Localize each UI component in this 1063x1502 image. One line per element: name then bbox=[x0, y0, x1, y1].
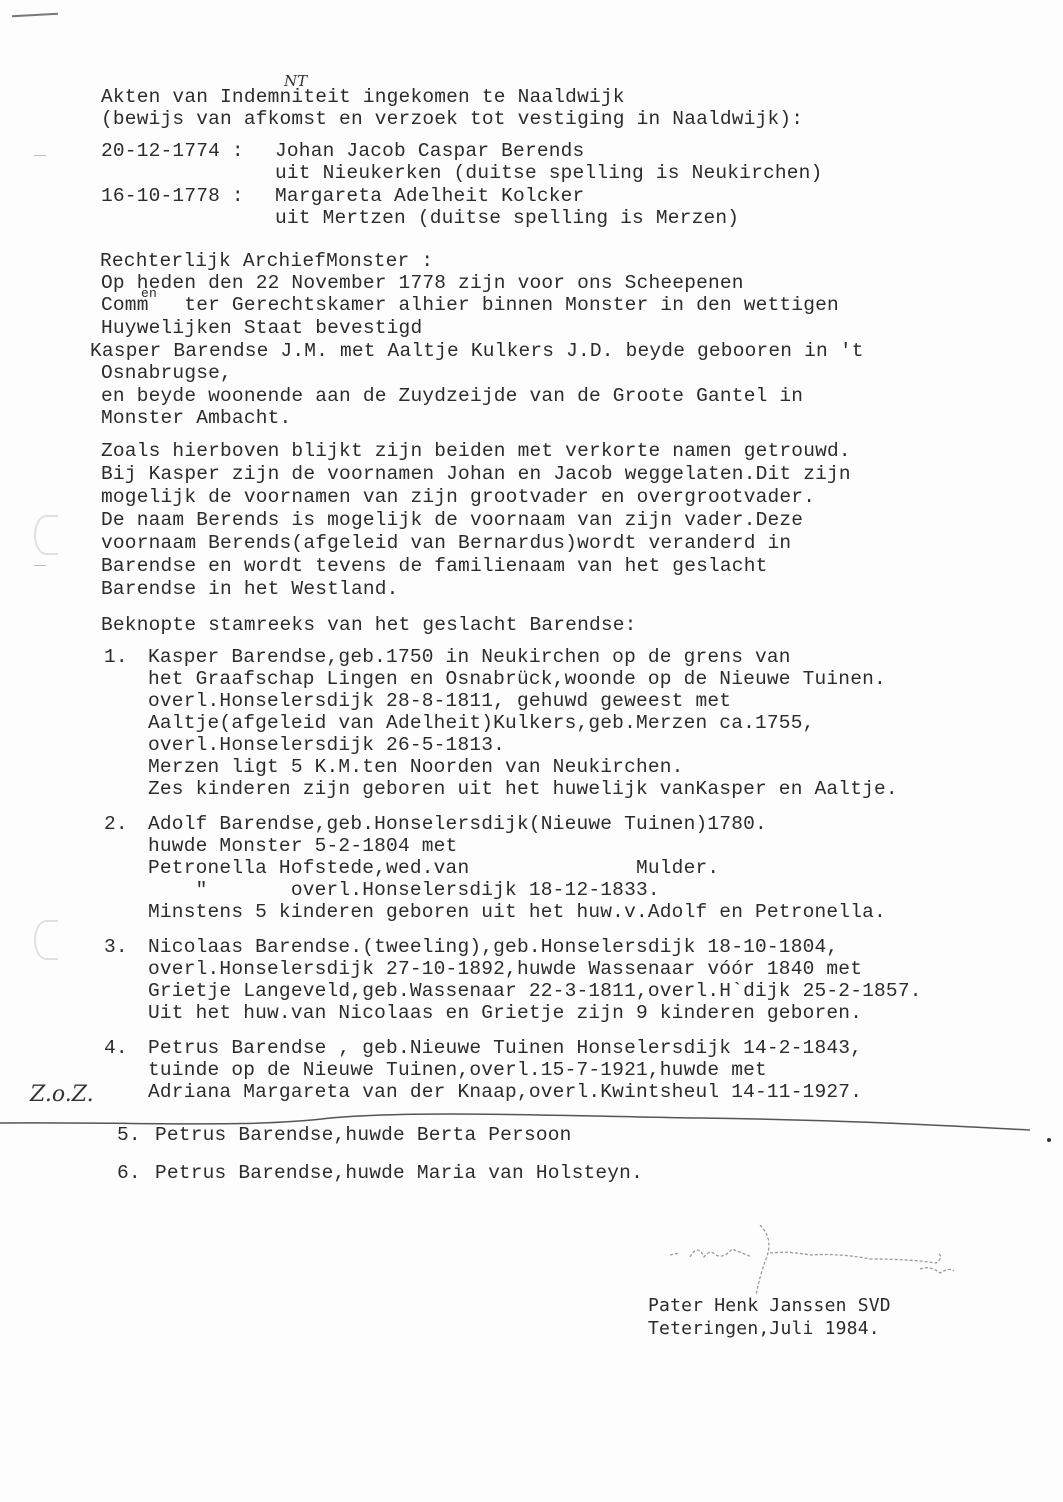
archive-line: Comm ter Gerechtskamer alhier binnen Mon… bbox=[101, 294, 839, 316]
margin-note: Z.o.Z. bbox=[30, 1082, 94, 1107]
lineage-line: overl.Honselersdijk 26-5-1813. bbox=[148, 734, 505, 756]
act-origin: uit Nieukerken (duitse spelling is Neuki… bbox=[275, 162, 823, 184]
lineage-line: Merzen ligt 5 K.M.ten Noorden van Neukir… bbox=[148, 756, 684, 778]
lineage-line: Adolf Barendse,geb.Honselersdijk(Nieuwe … bbox=[148, 813, 767, 835]
act-date: 20-12-1774 : bbox=[101, 140, 244, 162]
lineage-line: Adriana Margareta van der Knaap,overl.Kw… bbox=[148, 1081, 862, 1103]
archive-line: Huywelijken Staat bevestigd bbox=[101, 317, 422, 339]
lineage-line: Petronella Hofstede,wed.van Mulder. bbox=[148, 857, 719, 879]
archive-line: en beyde woonende aan de Zuydzeijde van … bbox=[101, 385, 803, 407]
lineage-line: " overl.Honselersdijk 18-12-1833. bbox=[148, 879, 660, 901]
speck bbox=[1047, 1138, 1051, 1142]
lineage-line: tuinde op de Nieuwe Tuinen,overl.15-7-19… bbox=[148, 1059, 767, 1081]
lineage-line: Zes kinderen zijn geboren uit het huweli… bbox=[148, 778, 898, 800]
archive-line: Kasper Barendse J.M. met Aaltje Kulkers … bbox=[90, 340, 864, 362]
commentary-line: De naam Berends is mogelijk de voornaam … bbox=[101, 509, 803, 531]
lineage-line: Petrus Barendse , geb.Nieuwe Tuinen Hons… bbox=[148, 1037, 862, 1059]
lineage-line: Grietje Langeveld,geb.Wassenaar 22-3-181… bbox=[148, 980, 922, 1002]
act-name: Margareta Adelheit Kolcker bbox=[275, 185, 584, 207]
signatory-name: Pater Henk Janssen SVD bbox=[648, 1295, 891, 1317]
act-origin: uit Mertzen (duitse spelling is Merzen) bbox=[275, 207, 739, 229]
heading-line-2: (bewijs van afkomst en verzoek tot vesti… bbox=[101, 108, 803, 130]
lineage-line: Aaltje(afgeleid van Adelheit)Kulkers,geb… bbox=[148, 712, 815, 734]
heading-line-1: Akten van Indemniteit ingekomen te Naald… bbox=[101, 86, 625, 108]
commentary-line: Zoals hierboven blijkt zijn beiden met v… bbox=[101, 440, 851, 462]
archive-line: Op heden den 22 November 1778 zijn voor … bbox=[101, 272, 744, 294]
lineage-line: Uit het huw.van Nicolaas en Grietje zijn… bbox=[148, 1002, 862, 1024]
lineage-line: Kasper Barendse,geb.1750 in Neukirchen o… bbox=[148, 646, 791, 668]
lineage-number: 3. bbox=[104, 936, 128, 958]
act-date: 16-10-1778 : bbox=[101, 185, 244, 207]
lineage-line: overl.Honselersdijk 27-10-1892,huwde Was… bbox=[148, 958, 862, 980]
margin-mark bbox=[34, 565, 46, 566]
margin-mark bbox=[34, 155, 46, 156]
document-page: NT Akten van Indemniteit ingekomen te Na… bbox=[0, 0, 1063, 1502]
archive-line: Monster Ambacht. bbox=[101, 407, 291, 429]
commentary-line: Bij Kasper zijn de voornamen Johan en Ja… bbox=[101, 463, 851, 485]
lineage-line: Petrus Barendse,huwde Maria van Holsteyn… bbox=[155, 1162, 643, 1184]
lineage-number: 6. bbox=[117, 1162, 141, 1184]
lineage-number: 4. bbox=[104, 1037, 128, 1059]
act-name: Johan Jacob Caspar Berends bbox=[275, 140, 584, 162]
lineage-line: Minstens 5 kinderen geboren uit het huw.… bbox=[148, 901, 886, 923]
commentary-line: voornaam Berends(afgeleid van Bernardus)… bbox=[101, 532, 791, 554]
lineage-line: Nicolaas Barendse.(tweeling),geb.Honsele… bbox=[148, 936, 838, 958]
lineage-number: 5. bbox=[117, 1124, 141, 1146]
pen-mark bbox=[12, 13, 58, 17]
signature-place-date: Teteringen,Juli 1984. bbox=[648, 1318, 880, 1340]
lineage-title: Beknopte stamreeks van het geslacht Bare… bbox=[101, 614, 637, 636]
punch-hole-mark bbox=[34, 515, 58, 555]
archive-title: Rechterlijk ArchiefMonster : bbox=[100, 250, 433, 272]
archive-line: Osnabrugse, bbox=[101, 362, 232, 384]
lineage-number: 2. bbox=[104, 813, 128, 835]
punch-hole-mark bbox=[34, 920, 58, 960]
lineage-number: 1. bbox=[104, 646, 128, 668]
lineage-line: Petrus Barendse,huwde Berta Persoon bbox=[155, 1124, 572, 1146]
lineage-line: overl.Honselersdijk 28-8-1811, gehuwd ge… bbox=[148, 690, 731, 712]
lineage-line: huwde Monster 5-2-1804 met bbox=[148, 835, 457, 857]
commentary-line: mogelijk de voornamen van zijn grootvade… bbox=[101, 486, 815, 508]
lineage-line: het Graafschap Lingen en Osnabrück,woond… bbox=[148, 668, 886, 690]
commentary-line: Barendse en wordt tevens de familienaam … bbox=[101, 555, 768, 577]
commentary-line: Barendse in het Westland. bbox=[101, 578, 399, 600]
handwritten-signature bbox=[660, 1225, 1020, 1295]
